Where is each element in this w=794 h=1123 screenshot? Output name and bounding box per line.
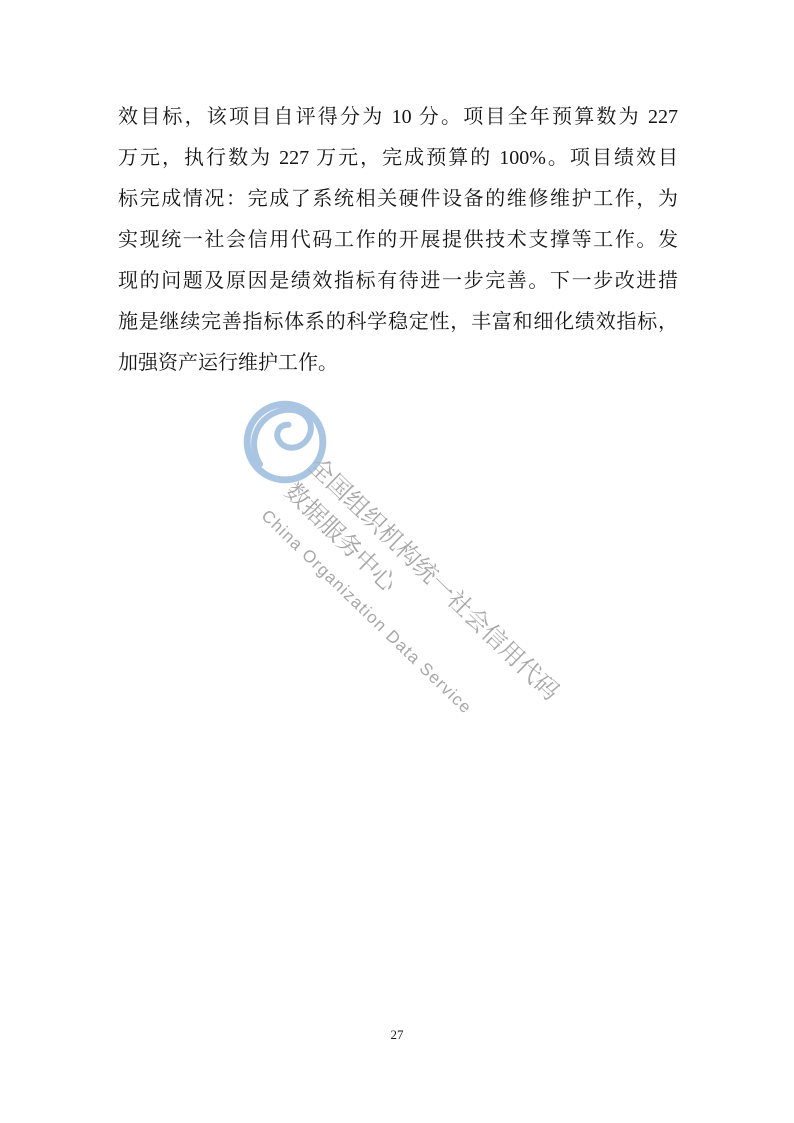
watermark-line-en: China Organization Data Service: [252, 500, 518, 759]
body-text-line: 实现统一社会信用代码工作的开展提供技术支撑等工作。发: [118, 220, 678, 261]
watermark-line-zh-sub: 数据服务中心: [276, 475, 542, 734]
org-code-logo-icon: [242, 399, 328, 485]
body-text-line: 施是继续完善指标体系的科学稳定性，丰富和细化绩效指标，: [118, 302, 678, 343]
body-text-line: 效目标，该项目自评得分为 10 分。项目全年预算数为 227: [118, 97, 678, 138]
body-paragraph: 效目标，该项目自评得分为 10 分。项目全年预算数为 227 万元，执行数为 2…: [118, 97, 678, 384]
watermark-line-zh-main: 全国组织机构统一社会信用代码: [301, 450, 567, 709]
watermark: 全国组织机构统一社会信用代码 数据服务中心 China Organization…: [252, 450, 567, 759]
body-text-line: 加强资产运行维护工作。: [118, 343, 678, 384]
body-text-line: 万元，执行数为 227 万元，完成预算的 100%。项目绩效目: [118, 138, 678, 179]
page-number: 27: [0, 1027, 794, 1043]
body-text-line: 标完成情况：完成了系统相关硬件设备的维修维护工作，为: [118, 179, 678, 220]
body-text-line: 现的问题及原因是绩效指标有待进一步完善。下一步改进措: [118, 261, 678, 302]
document-page: 效目标，该项目自评得分为 10 分。项目全年预算数为 227 万元，执行数为 2…: [0, 0, 794, 1123]
